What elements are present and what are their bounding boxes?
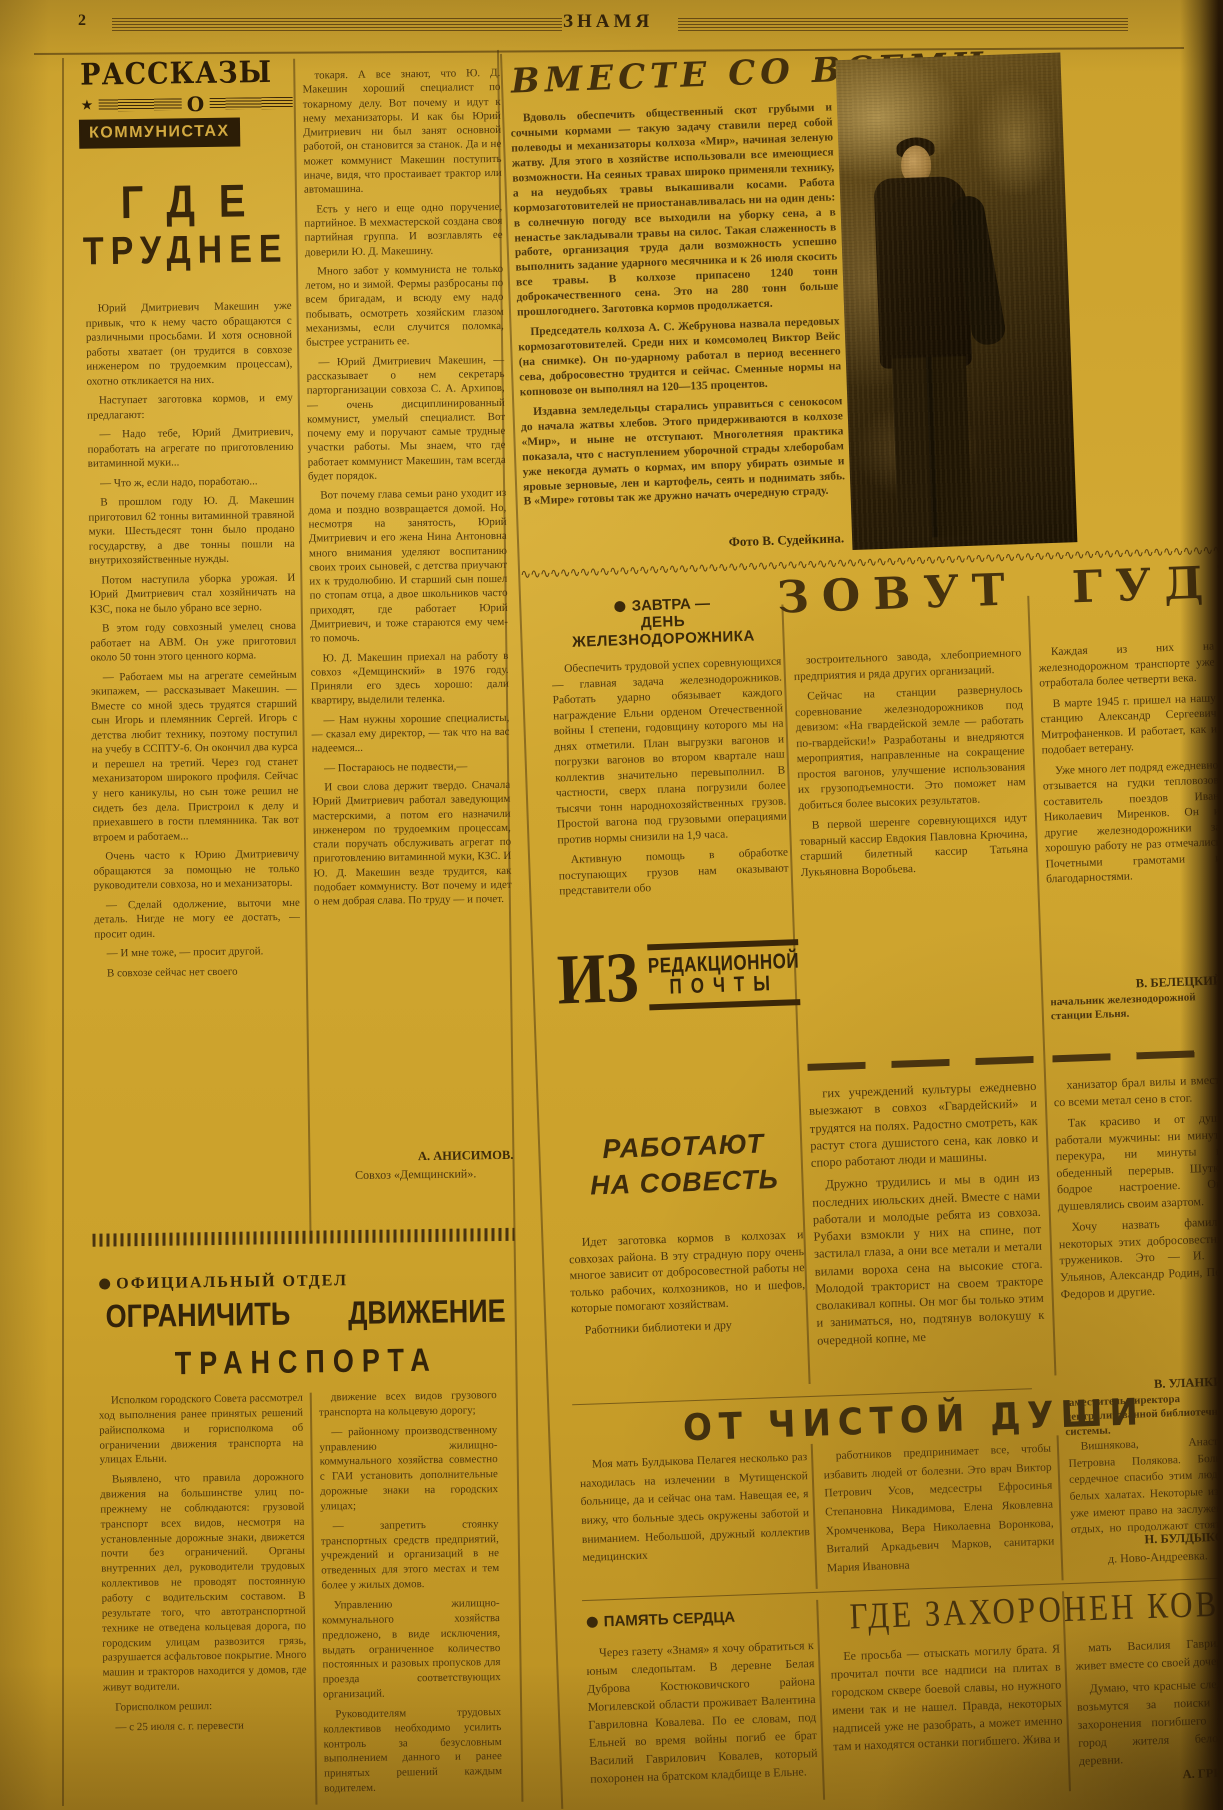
headline-word-2: ДВИЖЕНИЕ — [348, 1293, 506, 1332]
paragraph: — Сделай одолжение, выточи мне деталь. Н… — [94, 895, 301, 941]
headline-gde: ГДЕ — [80, 175, 291, 230]
paragraph: Активную помощь в обработке поступающих … — [558, 846, 789, 901]
masthead-rule-left — [112, 18, 562, 33]
paragraph: Идет заготовка кормов в колхозах и совхо… — [568, 1226, 806, 1317]
kicker-pamyat-label: ПАМЯТЬ СЕРДЦА — [603, 1609, 735, 1631]
masthead: ЗНАМЯ — [563, 11, 653, 33]
pochta-right: РЕДАКЦИОННОЙ ПОЧТЫ — [647, 936, 801, 1013]
paragraph: Управлению жилищно-коммунального хозяйст… — [322, 1596, 501, 1702]
paragraph: Юрий Дмитриевич Макешин уже привык, что … — [85, 299, 292, 389]
kicker-official: ОФИЦИАЛЬНЫЙ ОТДЕЛ — [99, 1272, 348, 1293]
paragraph: зостроительного завода, хлебоприемного п… — [793, 646, 1022, 685]
paragraph: Обеспечить трудовой успех соревнующихся … — [551, 655, 787, 849]
paragraph: Издавна земледельцы старались управиться… — [520, 394, 845, 510]
column-divider — [811, 1444, 818, 1589]
headline-sovest-line2: НА СОВЕСТЬ — [569, 1161, 800, 1205]
headline-sovest: РАБОТАЮТ НА СОВЕСТЬ — [568, 1124, 800, 1205]
paragraph: Выявлено, что правила дорожного движения… — [100, 1470, 307, 1695]
vmeste-body: Вдоволь обеспечить общественный скот гру… — [510, 100, 847, 539]
dusha-column-1: Моя мать Булдыкова Пелагея несколько раз… — [579, 1448, 812, 1596]
rubric-line-middle: ★ О — [81, 91, 293, 118]
paragraph: — Работаем мы на агрегате семейным экипа… — [91, 668, 299, 845]
sovest-column-2: гих учреждений культуры ежедневно выезжа… — [808, 1078, 1048, 1446]
paragraph: — Что ж, если надо, поработаю... — [88, 474, 294, 491]
kicker-line2: ДЕНЬ ЖЕЛЕЗНОДОРОЖНИКА — [548, 610, 779, 652]
pochta-line2: ПОЧТЫ — [648, 969, 800, 1004]
kicker-line1: ЗАВТРА — — [631, 595, 710, 615]
star-icon: ★ — [81, 97, 94, 114]
paragraph: В совхозе сейчас нет своего — [95, 963, 301, 980]
dusha-column-2: работников предпринимает все, чтобы изба… — [823, 1440, 1056, 1588]
paragraph: — Нам нужны хорошие специалисты, — сказа… — [311, 711, 510, 757]
paragraph: токаря. А все знают, что Ю. Д. Макешин х… — [302, 66, 502, 197]
paragraph: В первой шеренге соревнующихся идут това… — [799, 811, 1029, 881]
paragraph: И свои слова держит твердо. Сначала Юрий… — [312, 778, 512, 909]
paragraph: Ю. Д. Макешин приехал на работу в совхоз… — [310, 648, 509, 708]
photo-viktor-veis — [835, 52, 1077, 550]
gudki-column-2: зостроительного завода, хлебоприемного п… — [793, 646, 1035, 1064]
kicker-pamyat: ПАМЯТЬ СЕРДЦА — [586, 1609, 735, 1631]
pochta-big-iz: ИЗ — [556, 937, 640, 1021]
newspaper-page: 2 ЗНАМЯ РАССКАЗЫ ★ О КОММУНИСТАХ ГДЕ ТРУ… — [0, 0, 1223, 1810]
paragraph: Много забот у коммуниста не только летом… — [305, 262, 504, 351]
paragraph: Руководителям трудовых коллективов необх… — [323, 1705, 502, 1797]
official-column-1: Исполком городского Совета рассмотрел хо… — [99, 1391, 309, 1810]
paragraph: Председатель колхоза А. С. Жебрунова наз… — [517, 314, 841, 400]
rubric-line1: РАССКАЗЫ — [80, 55, 292, 92]
paragraph: Через газету «Знамя» я хочу обратиться к… — [586, 1636, 819, 1788]
paragraph: — Постараюсь не подвести,— — [312, 758, 510, 775]
paragraph: движение всех видов грузового транспорта… — [319, 1388, 497, 1420]
headline-transporta: ТРАНСПОРТА — [106, 1341, 506, 1384]
paragraph: Сейчас на станции развернулось соревнова… — [794, 682, 1026, 814]
column-divider — [310, 1393, 318, 1805]
kovalev-column-1: Ее просьба — отыскать могилу брата. Я пр… — [830, 1639, 1065, 1801]
sovest-column-1: Идет заготовка кормов в колхозах и совхо… — [568, 1226, 809, 1402]
pamyat-body: Через газету «Знамя» я хочу обратиться к… — [586, 1636, 820, 1810]
bullet-icon — [99, 1278, 110, 1289]
page-number: 2 — [78, 12, 86, 30]
headline-ogranichit: ОГРАНИЧИТЬ ДВИЖЕНИЕ — [105, 1293, 505, 1336]
paragraph: Моя мать Булдыкова Пелагея несколько раз… — [579, 1448, 811, 1568]
paragraph: — запретить стоянку транспортных средств… — [320, 1517, 499, 1594]
paragraph: Очень часто к Юрию Дмитриевичу обращаютс… — [93, 847, 300, 893]
headline-word-1: ОГРАНИЧИТЬ — [105, 1296, 290, 1336]
kicker-official-label: ОФИЦИАЛЬНЫЙ ОТДЕЛ — [116, 1272, 348, 1292]
rubric-pochta: ИЗ РЕДАКЦИОННОЙ ПОЧТЫ — [556, 936, 796, 1016]
paragraph: Потом наступила уборка урожая. И Юрий Дм… — [89, 571, 296, 617]
byline-anisimov-org: Совхоз «Демщинский». — [318, 1166, 514, 1184]
byline-anisimov: А. АНИСИМОВ. — [317, 1148, 513, 1166]
paragraph: Наступает заготовка кормов, и ему предла… — [87, 391, 293, 423]
paragraph: Вдоволь обеспечить общественный скот гру… — [510, 100, 839, 320]
headline-trudnee: ТРУДНЕЕ — [80, 227, 291, 275]
paragraph: В прошлом году Ю. Д. Макешин приготовил … — [88, 493, 295, 568]
left-section: РАССКАЗЫ ★ О КОММУНИСТАХ ГДЕ ТРУДНЕЕ Юри… — [64, 48, 524, 1810]
paragraph: Есть у него и еще одно поручение, партий… — [304, 200, 503, 260]
paragraph: Исполком городского Совета рассмотрел хо… — [99, 1391, 304, 1468]
paragraph: — Надо тебе, Юрий Дмитриевич, поработать… — [87, 425, 294, 471]
paragraph: Дружно трудились и мы в один из последни… — [811, 1169, 1045, 1349]
official-column-2: движение всех видов грузового транспорта… — [319, 1388, 503, 1806]
paragraph: — Юрий Дмитриевич Макешин, — рассказывае… — [306, 353, 506, 484]
paragraph: работников предпринимает все, чтобы изба… — [823, 1440, 1055, 1578]
bullet-icon — [614, 601, 625, 612]
rubric-letter-o: О — [187, 92, 205, 116]
paragraph: Ее просьба — отыскать могилу брата. Я пр… — [830, 1639, 1064, 1755]
paragraph: В этом году совхозный умелец снова работ… — [90, 619, 297, 665]
paragraph: — с 25 июля с. г. перевести — [103, 1717, 307, 1735]
article-gde-trudnee-title: ГДЕ ТРУДНЕЕ — [80, 179, 291, 272]
paragraph: Работники библиотеки и дру — [571, 1314, 806, 1339]
kicker-railway-day: ЗАВТРА — ДЕНЬ ЖЕЛЕЗНОДОРОЖНИКА — [547, 593, 779, 652]
paragraph: Горисполком решил: — [103, 1698, 307, 1716]
rubric-kommunisty-logo: РАССКАЗЫ ★ О КОММУНИСТАХ — [80, 57, 293, 147]
gde-trudnee-column-1: Юрий Дмитриевич Макешин уже привык, что … — [85, 299, 304, 1232]
gde-trudnee-column-2: токаря. А все знают, что Ю. Д. Макешин х… — [302, 66, 515, 1145]
photo-grain — [835, 52, 1077, 550]
paragraph: — районному производственному управлению… — [319, 1423, 498, 1515]
middle-section: ВМЕСТЕ СО ВСЕМИ Вдоволь обеспечить общес… — [500, 29, 1223, 1810]
gudki-column-1: Обеспечить трудовой успех соревнующихся … — [551, 655, 790, 931]
rubric-rule-right — [209, 97, 293, 110]
rubric-line2: КОММУНИСТАХ — [81, 120, 238, 147]
paragraph: гих учреждений культуры ежедневно выезжа… — [808, 1078, 1039, 1172]
paragraph: Вот почему глава семьи рано уходит из до… — [308, 486, 508, 646]
column-divider — [1057, 1435, 1064, 1580]
paragraph: — И мне тоже, — просит другой. — [94, 944, 300, 961]
rubric-rule-left — [98, 98, 182, 111]
left-margin-rule — [62, 58, 64, 1806]
bullet-icon — [587, 1617, 598, 1628]
page-curl-shadow — [1180, 0, 1223, 1810]
masthead-rule-right — [678, 18, 1128, 33]
